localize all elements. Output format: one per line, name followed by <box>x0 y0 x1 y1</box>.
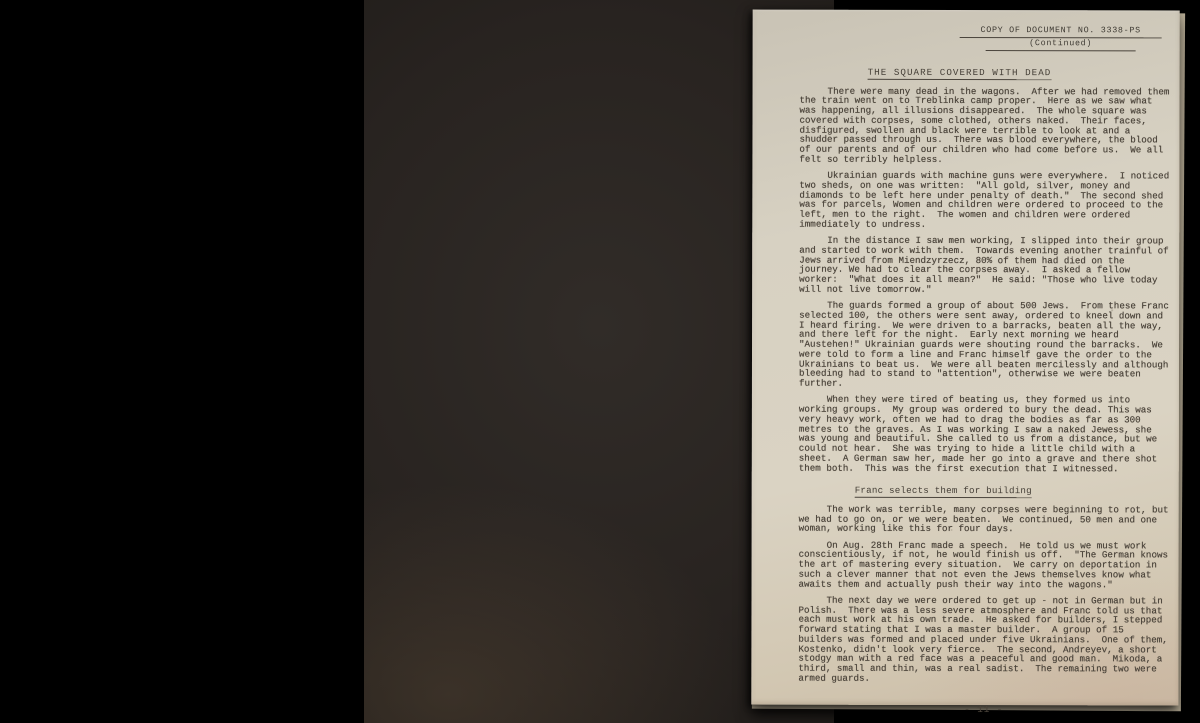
stamp-continued-label: (Continued) <box>986 38 1135 51</box>
paragraph: In the distance I saw men working, I sli… <box>799 236 1170 295</box>
paragraph: Ukrainian guards with machine guns were … <box>799 171 1170 230</box>
subsection-title: Franc selects them for building <box>855 486 1032 498</box>
stamp-document-number: COPY OF DOCUMENT NO. 3338-PS <box>960 25 1162 38</box>
paragraph: The next day we were ordered to get up -… <box>798 595 1169 684</box>
scanned-document-view: COPY OF DOCUMENT NO. 3338-PS (Continued)… <box>0 0 1200 723</box>
document-stamp: COPY OF DOCUMENT NO. 3338-PS (Continued) <box>960 25 1162 51</box>
photo-backdrop: COPY OF DOCUMENT NO. 3338-PS (Continued)… <box>364 0 834 723</box>
text-column: COPY OF DOCUMENT NO. 3338-PS (Continued)… <box>798 10 1170 715</box>
paragraph: On Aug. 28th Franc made a speech. He tol… <box>799 540 1170 590</box>
section-title: THE SQUARE COVERED WITH DEAD <box>868 68 1052 80</box>
paragraph: When they were tired of beating us, they… <box>799 395 1170 474</box>
paragraph: The guards formed a group of about 500 J… <box>799 301 1170 390</box>
page-number: - 11 - <box>798 703 1169 715</box>
paragraph: There were many dead in the wagons. Afte… <box>799 86 1170 165</box>
document-page: COPY OF DOCUMENT NO. 3338-PS (Continued)… <box>751 10 1179 706</box>
paragraph: The work was terrible, many corpses were… <box>799 504 1170 534</box>
